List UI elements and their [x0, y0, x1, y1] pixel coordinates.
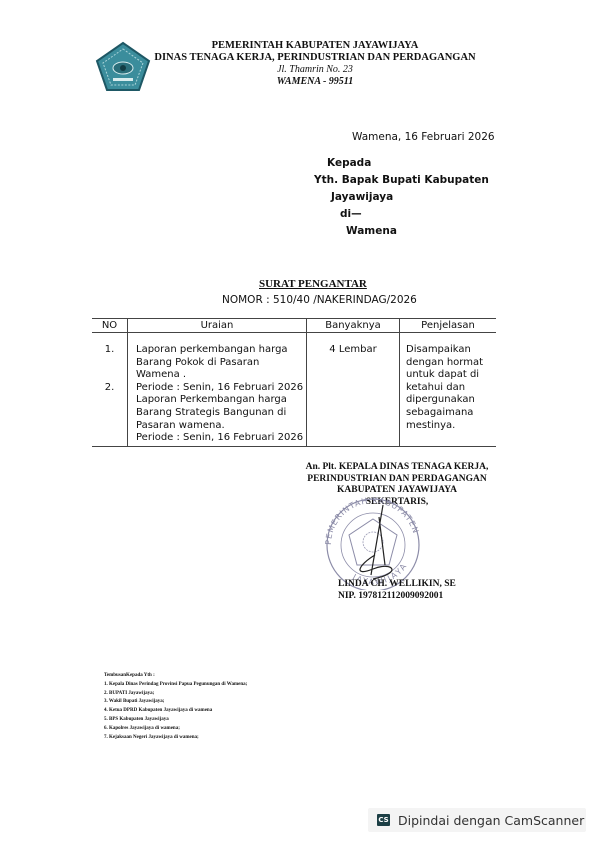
cell-items: Laporan perkembangan harga Barang Pokok …: [128, 333, 307, 447]
header-no: NO: [92, 319, 128, 333]
recipient-name-2: Jayawijaya: [314, 189, 489, 206]
camscanner-logo-icon: CS: [377, 814, 390, 826]
item-2: Laporan Perkembangan harga Barang Strate…: [128, 394, 306, 444]
header-penjelasan: Penjelasan: [400, 319, 497, 333]
camscanner-watermark: CS Dipindai dengan CamScanner: [368, 808, 586, 832]
header-banyaknya: Banyaknya: [307, 319, 400, 333]
table-header-row: NO Uraian Banyaknya Penjelasan: [92, 319, 496, 333]
svg-text:PEMERINTAH KABUPATEN: PEMERINTAH KABUPATEN: [324, 496, 421, 545]
list-item: 6. Kapolres Jayawijaya di wamena;: [104, 725, 247, 734]
letterhead-address: Jl. Thamrin No. 23: [150, 64, 480, 76]
recipient-name-1: Bapak Bupati Kabupaten: [342, 174, 489, 186]
contents-table: NO Uraian Banyaknya Penjelasan 1. 2. Lap…: [92, 318, 496, 447]
camscanner-text: Dipindai dengan CamScanner: [398, 813, 584, 828]
letterhead: PEMERINTAH KABUPATEN JAYAWIJAYA DINAS TE…: [150, 40, 480, 88]
list-item: 2. BUPATI Jayawijaya;: [104, 690, 247, 699]
official-stamp-icon: PEMERINTAH KABUPATEN JAYAWIJAYA: [313, 495, 433, 590]
list-item: 7. Kejaksaan Negeri Jayawijaya di wamena…: [104, 734, 247, 743]
cc-list: TembusanKepada Yth : 1. Kepala Dinas Per…: [104, 672, 247, 742]
signatory: LINDA CH. WELLIKIN, SE NIP. 197812112009…: [338, 578, 456, 602]
recipient-block: Kepada Yth. Bapak Bupati Kabupaten Jayaw…: [314, 155, 489, 240]
signatory-nip: NIP. 197812112009092001: [338, 590, 456, 602]
list-item: 3. Wakil Bupati Jayawijaya;: [104, 698, 247, 707]
regency-emblem-icon: [94, 40, 152, 92]
letter-title: SURAT PENGANTAR: [259, 278, 367, 290]
letter-date: Wamena, 16 Februari 2026: [352, 131, 495, 143]
letterhead-city: WAMENA - 99511: [150, 76, 480, 88]
cell-explanation: Disampaikan dengan hormat untuk dapat di…: [400, 333, 497, 447]
letterhead-office: DINAS TENAGA KERJA, PERINDUSTRIAN DAN PE…: [150, 52, 480, 64]
table-row: 1. 2. Laporan perkembangan harga Barang …: [92, 333, 496, 447]
recipient-place: Wamena: [314, 223, 489, 240]
item-1: Laporan perkembangan harga Barang Pokok …: [128, 344, 306, 394]
header-uraian: Uraian: [128, 319, 307, 333]
letterhead-government: PEMERINTAH KABUPATEN JAYAWIJAYA: [150, 40, 480, 52]
list-item: 4. Ketua DPRD Kabupaten Jayawijaya di wa…: [104, 707, 247, 716]
recipient-to: Kepada: [314, 155, 489, 172]
cell-quantity: 4 Lembar: [307, 333, 400, 447]
recipient-yth: Yth.: [314, 174, 338, 186]
list-item: 1. Kepala Dinas Perindag Provinsi Papua …: [104, 681, 247, 690]
recipient-di: di—: [314, 206, 489, 223]
letter-number: NOMOR : 510/40 /NAKERINDAG/2026: [222, 294, 417, 306]
signatory-name: LINDA CH. WELLIKIN, SE: [338, 578, 456, 590]
cc-heading: TembusanKepada Yth :: [104, 672, 247, 681]
cell-numbers: 1. 2.: [92, 333, 128, 447]
list-item: 5. BPS Kabupaten Jayawijaya: [104, 716, 247, 725]
